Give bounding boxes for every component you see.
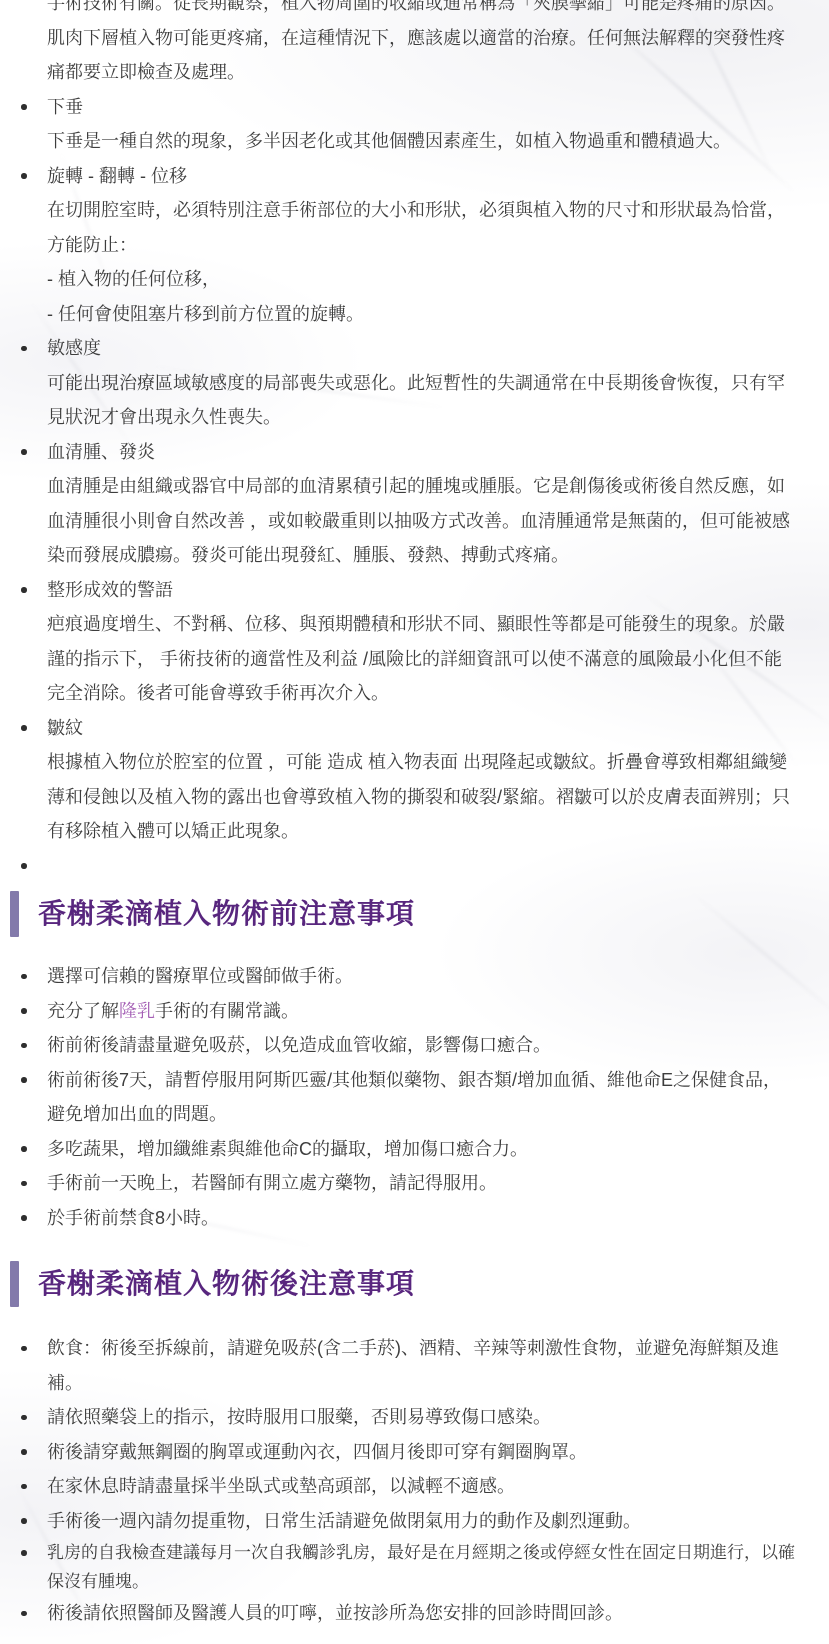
heading-accent-bar (10, 891, 19, 937)
list-item: 整形成效的警語 疤痕過度增生、不對稱、位移、與預期體積和形狀不同、顯眼性等都是可… (20, 573, 797, 711)
preop-text-suffix: 手術的有關常識。 (155, 1001, 299, 1021)
postop-text: 飲食：術後至拆線前，請避免吸菸(含二手菸)、酒精、辛辣等刺激性食物，並避免海鮮類… (47, 1338, 779, 1393)
postop-section-title: 香榭柔滴植入物術後注意事項 (38, 1261, 415, 1307)
preop-text: 術前術後請盡量避免吸菸，以免造成血管收縮，影響傷口癒合。 (47, 1035, 551, 1055)
list-item: 手術前一天晚上，若醫師有開立處方藥物，請記得服用。 (20, 1166, 797, 1201)
list-item: 請依照藥袋上的指示，按時服用口服藥，否則易導致傷口感染。 (20, 1400, 797, 1435)
list-item: 術後請穿戴無鋼圈的胸罩或運動內衣，四個月後即可穿有鋼圈胸罩。 (20, 1435, 797, 1470)
preop-text: 選擇可信賴的醫療單位或醫師做手術。 (47, 966, 353, 986)
risk-label: 敏感度 (47, 331, 797, 366)
risk-text: 可能出現治療區域敏感度的局部喪失或惡化。此短暫性的失調通常在中長期後會恢復，只有… (47, 366, 797, 435)
postop-text: 術後請穿戴無鋼圈的胸罩或運動內衣，四個月後即可穿有鋼圈胸罩。 (47, 1442, 587, 1462)
list-item: 血清腫、發炎 血清腫是由組織或器官中局部的血清累積引起的腫塊或腫脹。它是創傷後或… (20, 435, 797, 573)
postop-text: 請依照藥袋上的指示，按時服用口服藥，否則易導致傷口感染。 (47, 1407, 551, 1427)
risk-text: - 任何會使阻塞片移到前方位置的旋轉。 (47, 297, 797, 332)
preop-text-prefix: 充分了解 (47, 1001, 119, 1021)
document-page: 手術技術有關。從長期觀察，植入物周圍的收縮或通常稱為「夾膜攣縮」可能是疼痛的原因… (0, 0, 829, 1644)
list-item: 手術後一週內請勿提重物，日常生活請避免做閉氣用力的動作及劇烈運動。 (20, 1504, 797, 1539)
preop-text: 手術前一天晚上，若醫師有開立處方藥物，請記得服用。 (47, 1173, 497, 1193)
postop-list: 飲食：術後至拆線前，請避免吸菸(含二手菸)、酒精、辛辣等刺激性食物，並避免海鮮類… (20, 1331, 797, 1631)
intro-paragraph: 手術技術有關。從長期觀察，植入物周圍的收縮或通常稱為「夾膜攣縮」可能是疼痛的原因… (47, 0, 797, 90)
postop-text: 手術後一週內請勿提重物，日常生活請避免做閉氣用力的動作及劇烈運動。 (47, 1511, 641, 1531)
risk-text: 疤痕過度增生、不對稱、位移、與預期體積和形狀不同、顯眼性等都是可能發生的現象。於… (47, 607, 797, 711)
risk-text: 血清腫是由組織或器官中局部的血清累積引起的腫塊或腫脹。它是創傷後或術後自然反應，… (47, 469, 797, 573)
list-item: 在家休息時請盡量採半坐臥式或墊高頭部，以減輕不適感。 (20, 1469, 797, 1504)
postop-text: 在家休息時請盡量採半坐臥式或墊高頭部，以減輕不適感。 (47, 1476, 515, 1496)
list-item: 選擇可信賴的醫療單位或醫師做手術。 (20, 959, 797, 994)
preop-list: 選擇可信賴的醫療單位或醫師做手術。 充分了解隆乳手術的有關常識。 術前術後請盡量… (20, 959, 797, 1235)
list-item-empty (20, 849, 797, 884)
section-heading-postop: 香榭柔滴植入物術後注意事項 (10, 1257, 797, 1311)
risk-list: 下垂 下垂是一種自然的現象，多半因老化或其他個體因素產生，如植入物過重和體積過大… (20, 90, 797, 884)
page-content: 手術技術有關。從長期觀察，植入物周圍的收縮或通常稱為「夾膜攣縮」可能是疼痛的原因… (0, 0, 829, 1631)
risk-label: 血清腫、發炎 (47, 435, 797, 470)
list-item: 旋轉 - 翻轉 - 位移 在切開腔室時，必須特別注意手術部位的大小和形狀，必須與… (20, 159, 797, 332)
risk-text: - 植入物的任何位移， (47, 262, 797, 297)
risk-text: 下垂是一種自然的現象，多半因老化或其他個體因素產生，如植入物過重和體積過大。 (47, 124, 797, 159)
breast-augmentation-link[interactable]: 隆乳 (119, 1001, 155, 1021)
preop-section-title: 香榭柔滴植入物術前注意事項 (38, 891, 415, 937)
risk-label: 下垂 (47, 90, 797, 125)
risk-text: 根據植入物位於腔室的位置 ，可能 造成 植入物表面 出現隆起或皺紋。折疊會導致相… (47, 745, 797, 849)
list-item: 充分了解隆乳手術的有關常識。 (20, 994, 797, 1029)
heading-accent-bar (10, 1261, 19, 1307)
list-item: 敏感度 可能出現治療區域敏感度的局部喪失或惡化。此短暫性的失調通常在中長期後會恢… (20, 331, 797, 435)
list-item: 術前術後請盡量避免吸菸，以免造成血管收縮，影響傷口癒合。 (20, 1028, 797, 1063)
postop-text: 乳房的自我檢查建議每月一次自我觸診乳房，最好是在月經期之後或停經女性在固定日期進… (47, 1543, 795, 1591)
list-item: 下垂 下垂是一種自然的現象，多半因老化或其他個體因素產生，如植入物過重和體積過大… (20, 90, 797, 159)
list-item: 多吃蔬果，增加纖維素與維他命C的攝取，增加傷口癒合力。 (20, 1132, 797, 1167)
section-heading-preop: 香榭柔滴植入物術前注意事項 (10, 887, 797, 941)
list-item: 乳房的自我檢查建議每月一次自我觸診乳房，最好是在月經期之後或停經女性在固定日期進… (20, 1538, 797, 1596)
preop-text: 多吃蔬果，增加纖維素與維他命C的攝取，增加傷口癒合力。 (47, 1139, 528, 1159)
risk-label: 旋轉 - 翻轉 - 位移 (47, 159, 797, 194)
list-item: 術前術後7天，請暫停服用阿斯匹靈/其他類似藥物、銀杏類/增加血循、維他命E之保健… (20, 1063, 797, 1132)
preop-text: 術前術後7天，請暫停服用阿斯匹靈/其他類似藥物、銀杏類/增加血循、維他命E之保健… (47, 1070, 781, 1125)
preop-text: 於手術前禁食8小時。 (47, 1208, 219, 1228)
list-item: 於手術前禁食8小時。 (20, 1201, 797, 1236)
risk-label: 皺紋 (47, 711, 797, 746)
list-item: 飲食：術後至拆線前，請避免吸菸(含二手菸)、酒精、辛辣等刺激性食物，並避免海鮮類… (20, 1331, 797, 1400)
risk-text: 在切開腔室時，必須特別注意手術部位的大小和形狀，必須與植入物的尺寸和形狀最為恰當… (47, 193, 797, 262)
risk-label: 整形成效的警語 (47, 573, 797, 608)
list-item: 皺紋 根據植入物位於腔室的位置 ，可能 造成 植入物表面 出現隆起或皺紋。折疊會… (20, 711, 797, 849)
list-item: 術後請依照醫師及醫護人員的叮嚀，並按診所為您安排的回診時間回診。 (20, 1596, 797, 1631)
postop-text: 術後請依照醫師及醫護人員的叮嚀，並按診所為您安排的回診時間回診。 (47, 1603, 623, 1623)
